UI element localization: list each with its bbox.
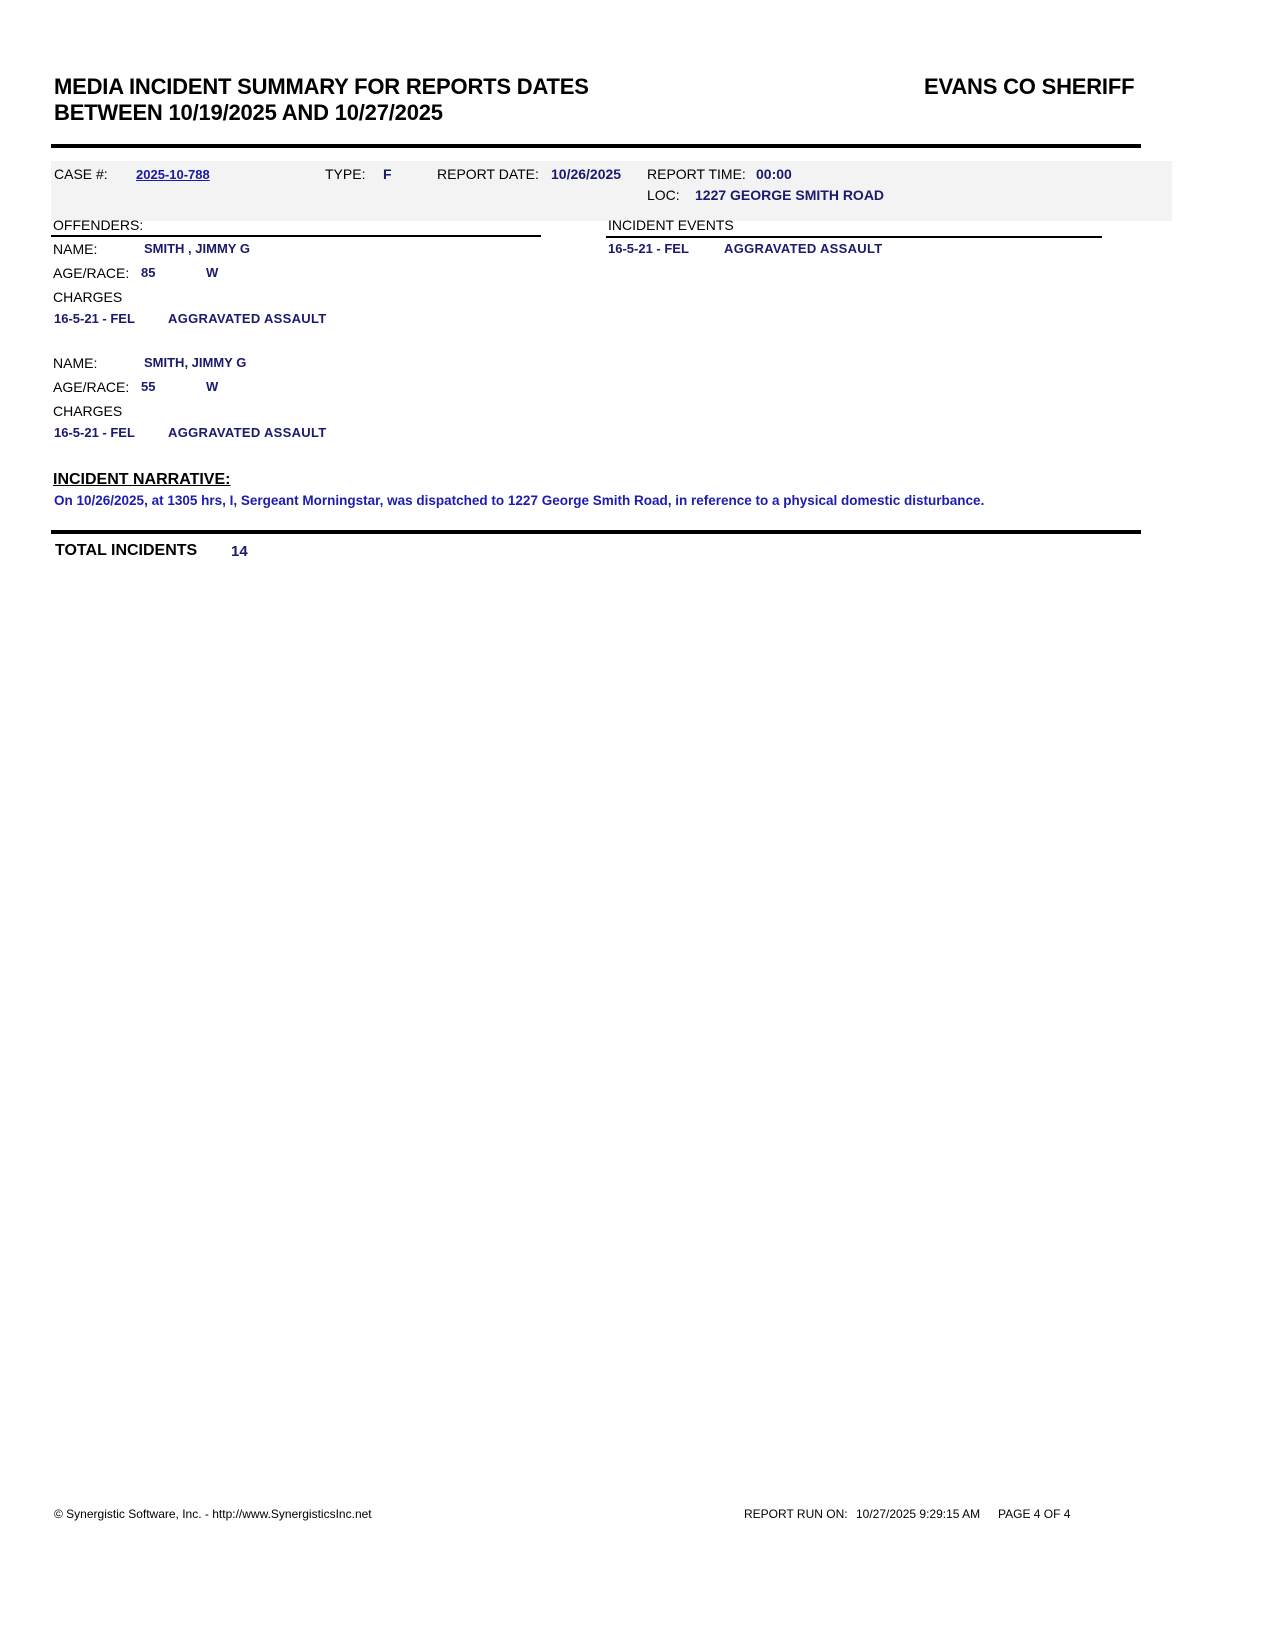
report-time-value: 00:00 xyxy=(756,166,792,182)
report-title-line1: MEDIA INCIDENT SUMMARY FOR REPORTS DATES xyxy=(54,74,589,100)
offenders-heading: OFFENDERS: xyxy=(53,217,143,233)
offender-charge-desc: AGGRAVATED ASSAULT xyxy=(168,425,327,440)
offender-charges-label: CHARGES xyxy=(53,289,122,305)
incident-events-divider xyxy=(606,236,1102,238)
offender-charge-desc: AGGRAVATED ASSAULT xyxy=(168,311,327,326)
narrative-heading: INCIDENT NARRATIVE: xyxy=(53,471,230,489)
narrative-divider xyxy=(51,530,1141,534)
offender-charge-code: 16-5-21 - FEL xyxy=(54,425,135,440)
report-time-label: REPORT TIME: xyxy=(647,166,746,182)
offender-name-label: NAME: xyxy=(53,355,97,371)
location-label: LOC: xyxy=(647,187,680,203)
offender-race: W xyxy=(206,265,218,280)
offender-age: 55 xyxy=(141,379,155,394)
offender-age-race-label: AGE/RACE: xyxy=(53,265,129,281)
agency-name: EVANS CO SHERIFF xyxy=(924,74,1134,100)
offender-name-label: NAME: xyxy=(53,241,97,257)
footer-run-label: REPORT RUN ON: xyxy=(744,1507,848,1521)
offender-age-race-label: AGE/RACE: xyxy=(53,379,129,395)
offender-race: W xyxy=(206,379,218,394)
report-title-line2: BETWEEN 10/19/2025 AND 10/27/2025 xyxy=(54,100,443,126)
offender-name: SMITH, JIMMY G xyxy=(144,355,246,370)
offender-charge-code: 16-5-21 - FEL xyxy=(54,311,135,326)
offender-charges-label: CHARGES xyxy=(53,403,122,419)
type-label: TYPE: xyxy=(325,166,365,182)
offender-name: SMITH , JIMMY G xyxy=(144,241,250,256)
incident-event-code: 16-5-21 - FEL xyxy=(608,241,689,256)
footer-page-number: PAGE 4 OF 4 xyxy=(998,1507,1070,1521)
report-date-label: REPORT DATE: xyxy=(437,166,539,182)
incident-event-desc: AGGRAVATED ASSAULT xyxy=(724,241,883,256)
footer-run-timestamp: 10/27/2025 9:29:15 AM xyxy=(856,1507,980,1521)
total-incidents-value: 14 xyxy=(231,543,248,560)
report-date-value: 10/26/2025 xyxy=(551,166,621,182)
narrative-text: On 10/26/2025, at 1305 hrs, I, Sergeant … xyxy=(54,493,984,508)
type-value: F xyxy=(383,166,392,182)
case-number-label: CASE #: xyxy=(54,166,108,182)
footer-copyright: © Synergistic Software, Inc. - http://ww… xyxy=(54,1507,372,1521)
location-value: 1227 GEORGE SMITH ROAD xyxy=(695,187,884,203)
total-incidents-label: TOTAL INCIDENTS xyxy=(55,542,197,560)
case-number-link[interactable]: 2025-10-788 xyxy=(136,167,210,182)
header-divider xyxy=(51,144,1141,148)
offenders-divider xyxy=(51,235,541,237)
incident-events-heading: INCIDENT EVENTS xyxy=(608,217,734,233)
offender-age: 85 xyxy=(141,265,155,280)
